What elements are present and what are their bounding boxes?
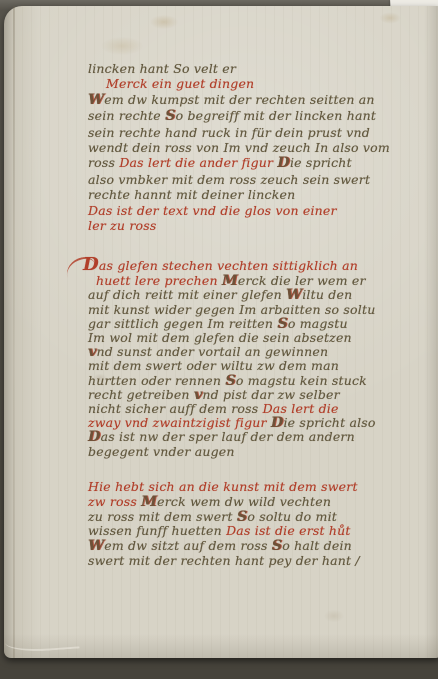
text-line: Wem dw kumpst mit der rechten seitten an — [88, 92, 418, 108]
text-segment: mit dem swert oder wiltu zw dem man — [88, 358, 339, 373]
text-line: ross Das lert die ander figur Die sprich… — [88, 155, 418, 171]
text-segment: W — [88, 538, 104, 554]
paragraph-kunst-swert-zu-ross: Hie hebt sich an die kunst mit dem swert… — [88, 480, 418, 569]
text-line: wissen funff huetten Das ist die erst hů… — [88, 524, 418, 539]
text-segment: S — [272, 538, 283, 554]
text-segment: D — [83, 254, 99, 275]
text-line: zw ross Merck wem dw wild vechten — [88, 495, 418, 510]
text-segment: begegent vnder augen — [88, 444, 235, 459]
text-segment: zu ross mit dem swert — [88, 509, 237, 524]
paragraph-glefen-stechen: Das glefen stechen vechten sittigklich a… — [88, 256, 418, 459]
text-segment: wissen funff huetten — [88, 523, 226, 538]
text-line: begegent vnder augen — [88, 445, 418, 459]
text-segment: em dw sitzt auf dem ross — [104, 538, 272, 553]
text-segment: huett lere prechen — [96, 273, 222, 288]
text-segment: as glefen stechen vechten sittigklich an — [99, 258, 358, 273]
text-segment: nicht sicher auff dem ross — [88, 401, 263, 416]
text-line: also vmbker mit dem ross zeuch sein swer… — [88, 172, 418, 187]
text-segment: recht getreiben — [88, 387, 194, 402]
text-line: hurtten oder rennen So magstu kein stuck — [88, 374, 418, 388]
text-segment: ler zu ross — [88, 218, 156, 233]
text-segment: S — [165, 108, 176, 124]
text-line: rechte hannt mit deiner lincken — [88, 187, 418, 202]
text-segment: Das ist der text vnd die glos von einer — [88, 203, 337, 218]
text-segment: W — [88, 92, 104, 108]
text-segment: M — [141, 494, 157, 510]
text-line: Das ist der text vnd die glos von einer — [88, 203, 418, 218]
text-line: mit kunst wider gegen Im arbaitten so so… — [88, 303, 418, 317]
text-line: huett lere prechen Merck die ler wem er — [96, 274, 418, 288]
text-segment: wendt dein ross von Im vnd zeuch In also… — [88, 140, 390, 155]
text-segment: ie spricht also — [283, 415, 375, 430]
text-segment: nd pist dar zw selber — [202, 387, 339, 402]
text-line: lincken hant So velt er — [88, 61, 418, 76]
text-segment: auf dich reitt mit einer glefen — [88, 287, 286, 302]
text-segment: Merck ein guet dingen — [106, 76, 254, 91]
text-line: mit dem swert oder wiltu zw dem man — [88, 359, 418, 373]
text-line: sein rechte So begreiff mit der lincken … — [88, 108, 418, 124]
text-segment: ie spricht — [290, 155, 352, 170]
text-line: gar sittlich gegen Im reitten So magstu — [88, 317, 418, 331]
text-line: swert mit der rechten hant pey der hant … — [88, 554, 418, 569]
manuscript-text-block: lincken hant So velt erMerck ein guet di… — [4, 6, 438, 658]
text-segment: Das lert die — [263, 401, 339, 416]
text-segment: Das lert die ander figur — [119, 155, 277, 170]
text-segment: o halt dein — [282, 538, 352, 553]
text-segment: iltu den — [302, 287, 352, 302]
text-line: auf dich reitt mit einer glefen Wiltu de… — [88, 288, 418, 302]
text-segment: nd sunst ander vortail an gewinnen — [96, 344, 328, 359]
text-line: vnd sunst ander vortail an gewinnen — [88, 345, 418, 359]
text-segment: em dw kumpst mit der rechten seitten an — [104, 92, 374, 107]
text-segment: o soltu do mit — [247, 509, 337, 524]
text-segment: gar sittlich gegen Im reitten — [88, 316, 277, 331]
text-segment: as ist nw der sper lauf der dem andern — [101, 429, 355, 444]
text-line: Merck ein guet dingen — [106, 76, 418, 91]
text-line: Das glefen stechen vechten sittigklich a… — [83, 256, 418, 274]
text-segment: lincken hant So velt er — [88, 61, 236, 76]
text-line: wendt dein ross von Im vnd zeuch In also… — [88, 140, 418, 155]
paragraph-gloss-one-lesson: lincken hant So velt erMerck ein guet di… — [88, 61, 418, 233]
text-line: recht getreiben vnd pist dar zw selber — [88, 388, 418, 402]
text-line: Hie hebt sich an die kunst mit dem swert — [88, 480, 418, 495]
text-segment: o magstu — [288, 316, 348, 331]
text-segment: Im wol mit dem glefen die sein absetzen — [88, 330, 352, 345]
text-segment: o magstu kein stuck — [236, 373, 367, 388]
text-segment: Hie hebt sich an die kunst mit dem swert — [88, 479, 358, 494]
text-segment: D — [277, 155, 290, 171]
text-line: nicht sicher auff dem ross Das lert die — [88, 402, 418, 416]
manuscript-photo: lincken hant So velt erMerck ein guet di… — [0, 0, 438, 679]
text-segment: also vmbker mit dem ross zeuch sein swer… — [88, 172, 370, 187]
text-segment: hurtten oder rennen — [88, 373, 225, 388]
text-line: Wem dw sitzt auf dem ross So halt dein — [88, 539, 418, 554]
text-segment: zw ross — [88, 494, 141, 509]
text-segment: zway vnd zwaintzigist figur — [88, 415, 271, 430]
text-segment: ross — [88, 155, 119, 170]
text-line: zway vnd zwaintzigist figur Die spricht … — [88, 416, 418, 430]
text-line: ler zu ross — [88, 218, 418, 233]
text-segment: sein rechte — [88, 108, 165, 123]
manuscript-page: lincken hant So velt erMerck ein guet di… — [4, 6, 438, 658]
text-segment: rechte hannt mit deiner lincken — [88, 187, 295, 202]
text-segment: swert mit der rechten hant pey der hant … — [88, 553, 360, 568]
text-segment: erck die ler wem er — [238, 273, 366, 288]
text-segment: Das ist die erst hůt — [226, 523, 351, 538]
text-segment: sein rechte hand ruck in für dein prust … — [88, 125, 370, 140]
text-line: sein rechte hand ruck in für dein prust … — [88, 125, 418, 140]
text-segment: mit kunst wider gegen Im arbaitten so so… — [88, 302, 375, 317]
text-segment: o begreiff mit der lincken hant — [176, 108, 377, 123]
text-segment: erck wem dw wild vechten — [157, 494, 331, 509]
text-line: Das ist nw der sper lauf der dem andern — [88, 430, 418, 444]
text-line: Im wol mit dem glefen die sein absetzen — [88, 331, 418, 345]
